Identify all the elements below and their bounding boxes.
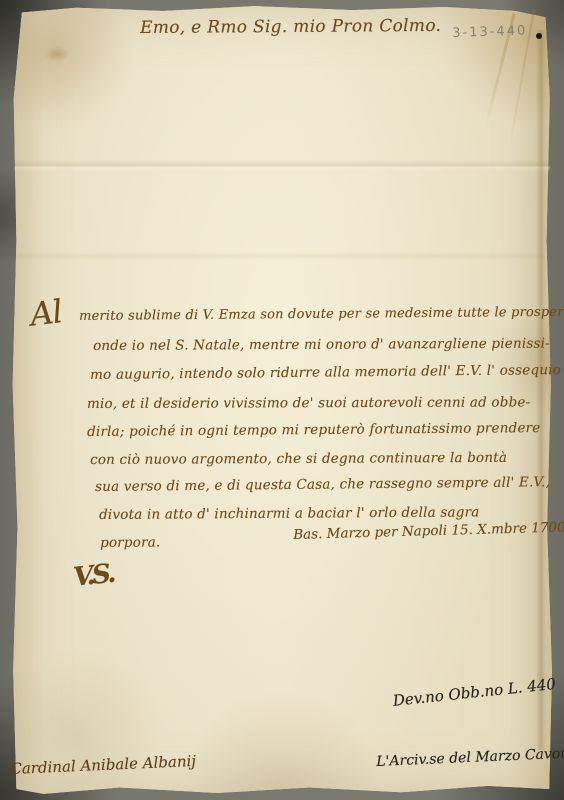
salutation-header: Emo, e Rmo Sig. mio Pron Colmo.: [140, 16, 430, 38]
ink-dot: [536, 33, 542, 39]
body-line: con ciò nuovo argomento, che si degna co…: [90, 450, 507, 468]
body-line: porpora.: [100, 534, 161, 551]
body-line: mio, et il desiderio vivissimo de' suoi …: [87, 394, 530, 412]
body-line: onde io nel S. Natale, mentre mi onoro d…: [93, 336, 550, 354]
flourished-initial: Al: [28, 292, 64, 334]
body-line: divota in atto d' inchinarmi a baciar l'…: [99, 504, 480, 523]
closing-monogram-flourish: V.S.: [72, 559, 115, 593]
pencil-archival-number: 3-13-440: [452, 23, 527, 41]
letter-scan-page: Emo, e Rmo Sig. mio Pron Colmo. 3-13-440…: [0, 0, 564, 800]
